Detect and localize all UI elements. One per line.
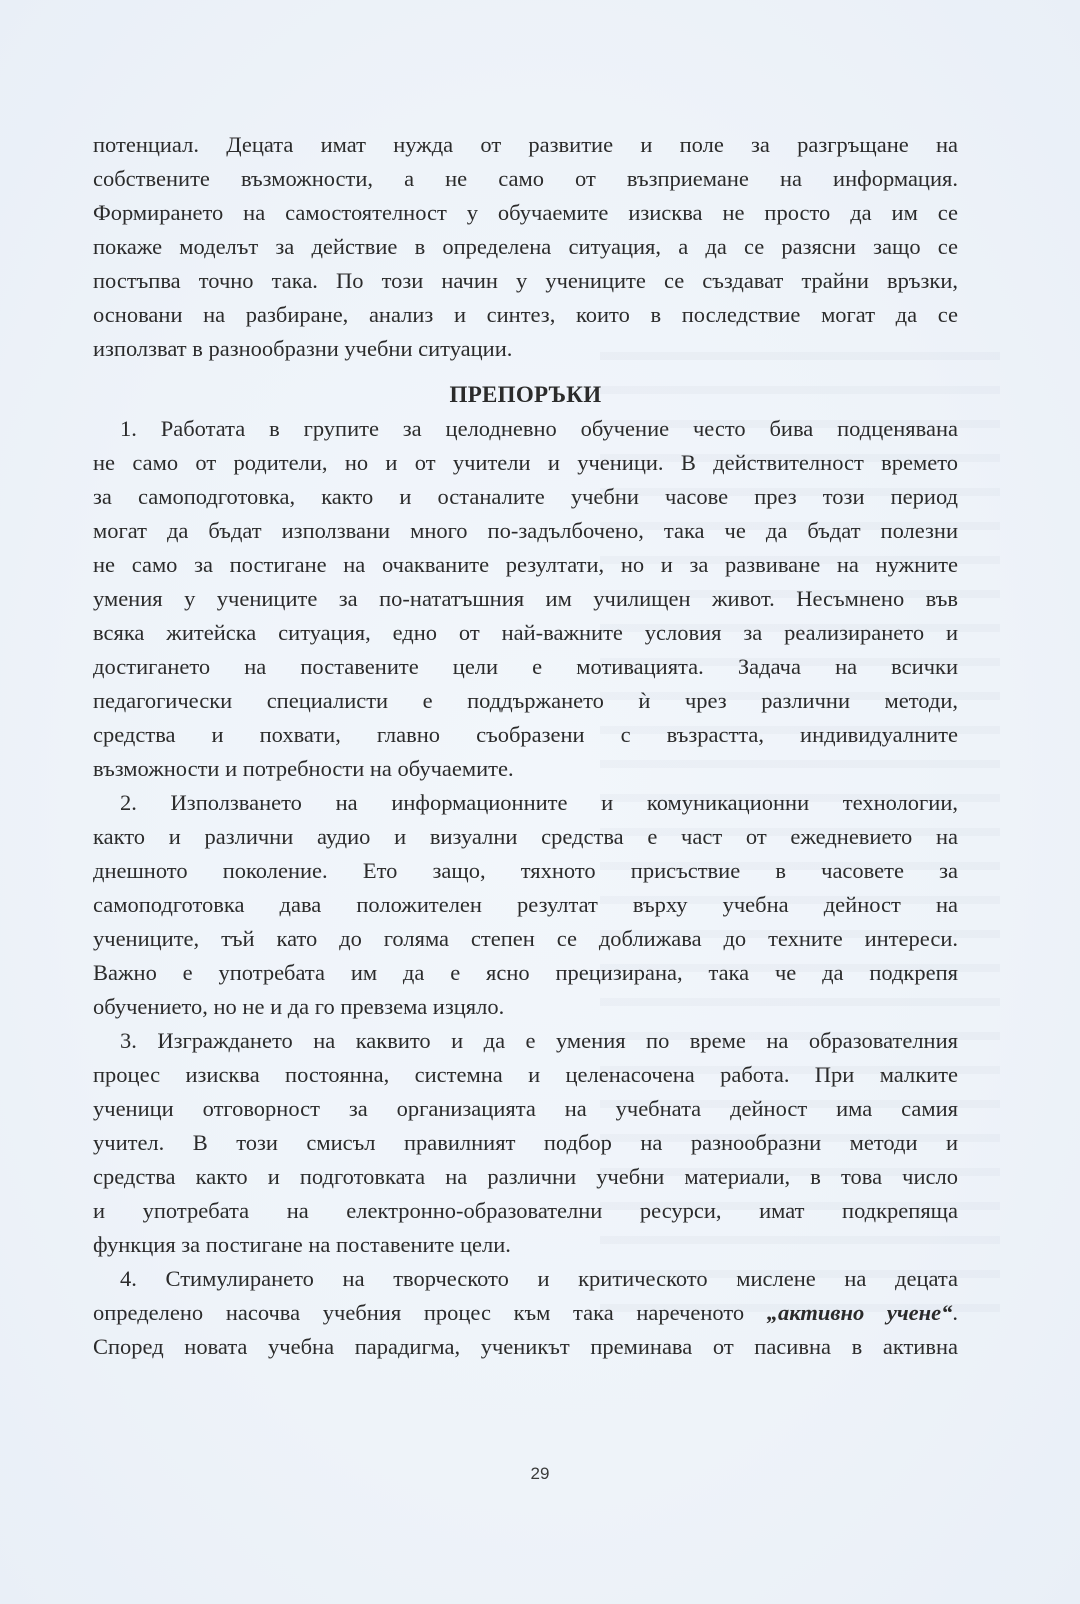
- text-line: самоподготовка дава положителен резултат…: [93, 888, 958, 922]
- page-number: 29: [0, 1464, 1080, 1484]
- recommendation-item-3: 3. Изграждането на каквито и да е умения…: [93, 1024, 958, 1262]
- intro-paragraph: потенциал. Децата имат нужда от развитие…: [93, 128, 958, 366]
- text-line: обучението, но не и да го превзема изцял…: [93, 990, 958, 1024]
- text-fragment: определено насочва учебния процес към та…: [93, 1300, 767, 1325]
- recommendation-item-4: 4. Стимулирането на творческото и критич…: [93, 1262, 958, 1364]
- text-line: функция за постигане на поставените цели…: [93, 1228, 958, 1262]
- text-line: педагогически специалисти е поддържането…: [93, 684, 958, 718]
- text-line: достигането на поставените цели е мотива…: [93, 650, 958, 684]
- text-line: не само от родители, но и от учители и у…: [93, 446, 958, 480]
- text-line: учениците, тъй като до голяма степен се …: [93, 922, 958, 956]
- text-line: определено насочва учебния процес към та…: [93, 1296, 958, 1330]
- text-line: Важно е употребата им да е ясно прецизир…: [93, 956, 958, 990]
- text-line: средства и похвати, главно съобразени с …: [93, 718, 958, 752]
- text-line: покаже моделът за действие в определена …: [93, 230, 958, 264]
- text-fragment: .: [952, 1300, 958, 1325]
- text-line: средства както и подготовката на различн…: [93, 1160, 958, 1194]
- text-line: не само за постигане на очакваните резул…: [93, 548, 958, 582]
- document-page: потенциал. Децата имат нужда от развитие…: [0, 0, 1080, 1604]
- text-line: 2. Използването на информационните и ком…: [93, 786, 958, 820]
- text-line: процес изисква постоянна, системна и цел…: [93, 1058, 958, 1092]
- text-line: както и различни аудио и визуални средст…: [93, 820, 958, 854]
- text-line: потенциал. Децата имат нужда от развитие…: [93, 128, 958, 162]
- text-line: умения у учениците за по-нататъшния им у…: [93, 582, 958, 616]
- text-line: 1. Работата в групите за целодневно обуч…: [93, 412, 958, 446]
- text-line: 4. Стимулирането на творческото и критич…: [93, 1262, 958, 1296]
- text-line: Според новата учебна парадигма, ученикът…: [93, 1330, 958, 1364]
- text-block: потенциал. Децата имат нужда от развитие…: [93, 128, 958, 1364]
- text-line: ученици отговорност за организацията на …: [93, 1092, 958, 1126]
- text-line: постъпва точно така. По този начин у уче…: [93, 264, 958, 298]
- emphasized-term: „активно учене“: [767, 1300, 953, 1325]
- text-line: учител. В този смисъл правилният подбор …: [93, 1126, 958, 1160]
- text-line: могат да бъдат използвани много по-задъл…: [93, 514, 958, 548]
- text-line: собствените възможности, а не само от въ…: [93, 162, 958, 196]
- text-line: всяка житейска ситуация, едно от най-важ…: [93, 616, 958, 650]
- text-line: днешното поколение. Ето защо, тяхното пр…: [93, 854, 958, 888]
- text-line: и употребата на електронно-образователни…: [93, 1194, 958, 1228]
- text-line: възможности и потребности на обучаемите.: [93, 752, 958, 786]
- text-line: 3. Изграждането на каквито и да е умения…: [93, 1024, 958, 1058]
- section-heading: ПРЕПОРЪКИ: [93, 378, 958, 412]
- text-line: основани на разбиране, анализ и синтез, …: [93, 298, 958, 332]
- recommendation-item-1: 1. Работата в групите за целодневно обуч…: [93, 412, 958, 786]
- text-line: Формирането на самостоятелност у обучаем…: [93, 196, 958, 230]
- text-line: използват в разнообразни учебни ситуации…: [93, 332, 958, 366]
- recommendation-item-2: 2. Използването на информационните и ком…: [93, 786, 958, 1024]
- text-line: за самоподготовка, както и останалите уч…: [93, 480, 958, 514]
